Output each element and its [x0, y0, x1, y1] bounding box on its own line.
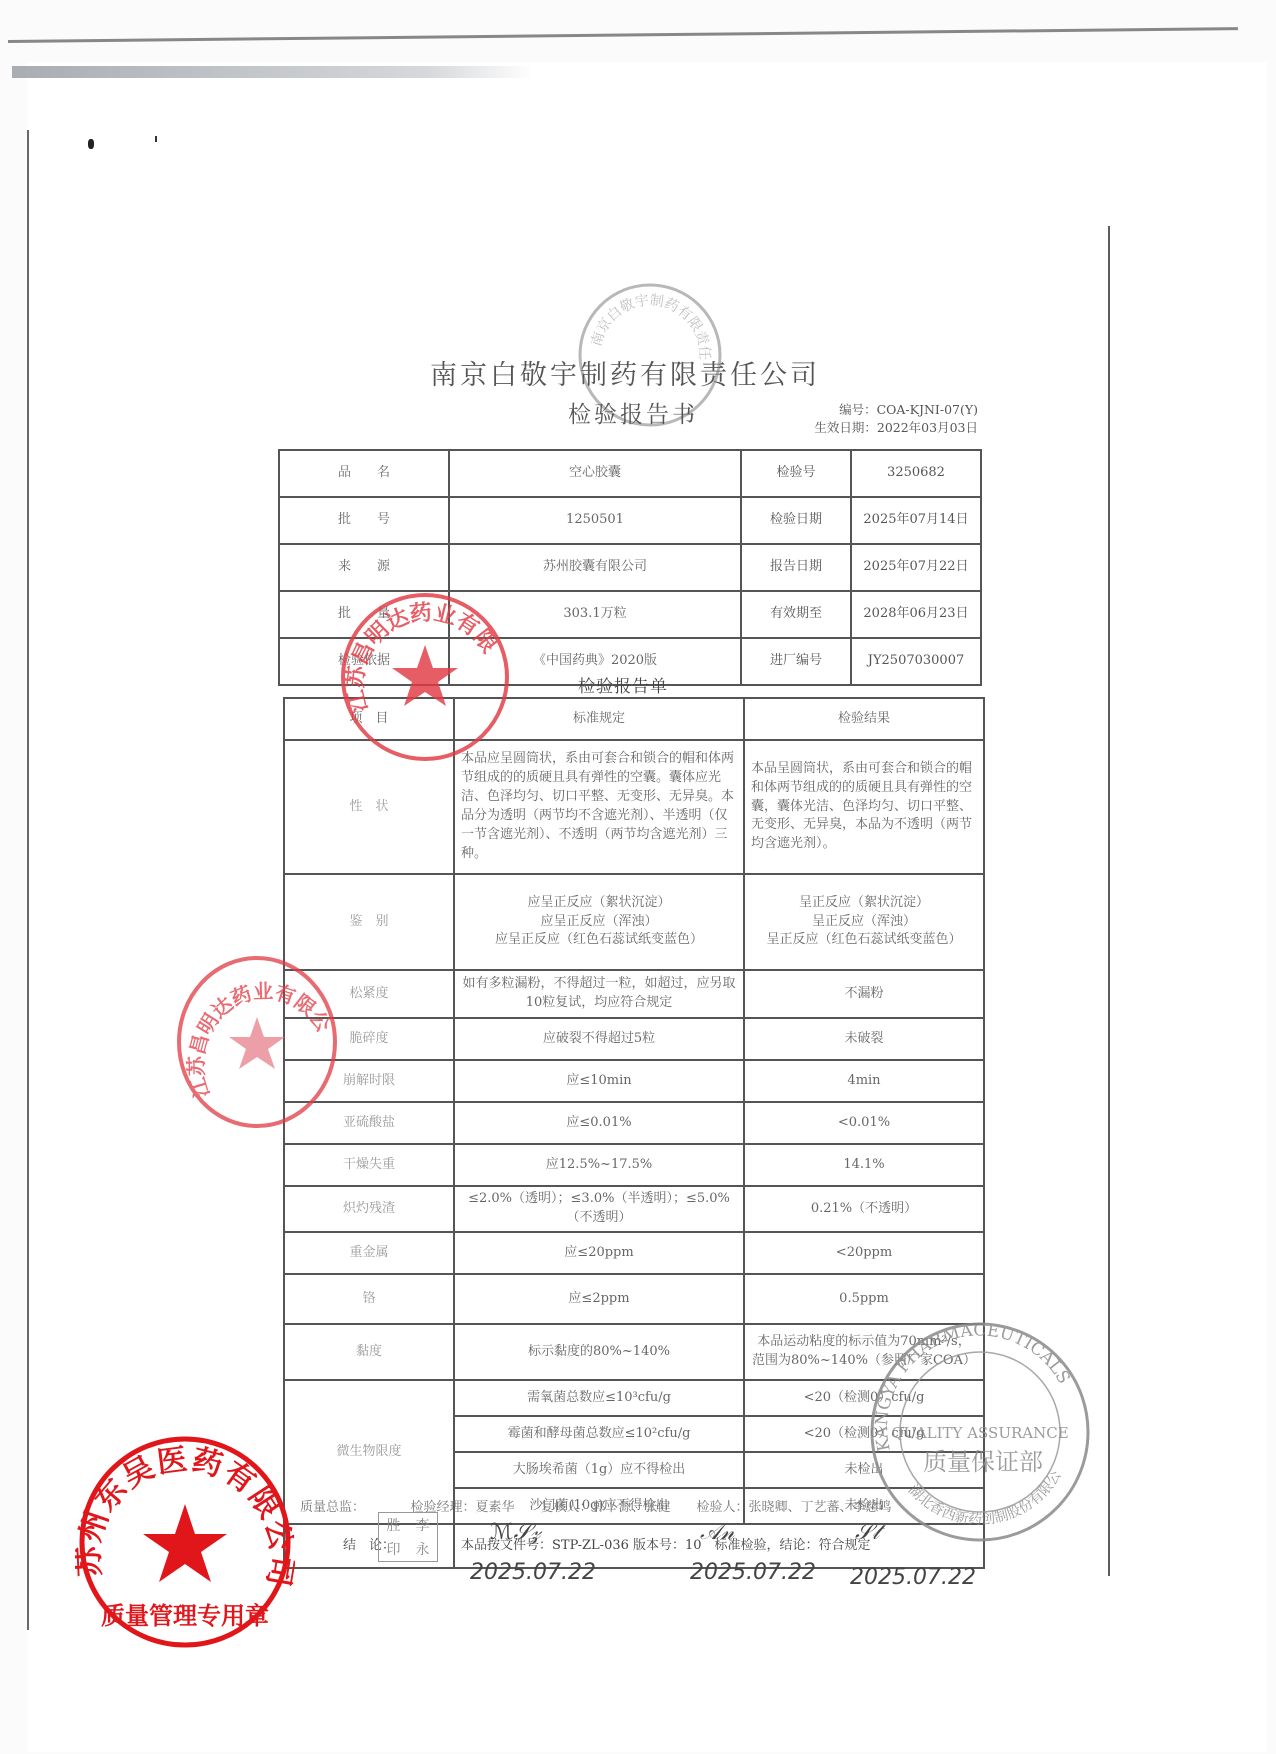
cell-standard: 标示黏度的80%~140% — [454, 1324, 744, 1380]
cell-item: 黏度 — [284, 1324, 454, 1380]
table-row: 脆碎度应破裂不得超过5粒未破裂 — [284, 1018, 984, 1060]
cell-standard: 大肠埃希菌（1g）应不得检出 — [454, 1452, 744, 1488]
table-row: 干燥失重应12.5%~17.5%14.1% — [284, 1144, 984, 1186]
cell-standard: 应破裂不得超过5粒 — [454, 1018, 744, 1060]
stamp-quality-assurance: KANGYA PHARMACEUTICALS CO.,LTD. 湖北香西新药创制… — [868, 1320, 1093, 1545]
cell-standard: 应≤2ppm — [454, 1274, 744, 1324]
table-row: 崩解时限应≤10min4min — [284, 1060, 984, 1102]
info-label2: 进厂编号 — [741, 638, 851, 685]
cell-standard: ≤2.0%（透明）；≤3.0%（半透明）；≤5.0%（不透明） — [454, 1186, 744, 1232]
column-header: 检验结果 — [744, 698, 984, 740]
table-row: 炽灼残渣≤2.0%（透明）；≤3.0%（半透明）；≤5.0%（不透明）0.21%… — [284, 1186, 984, 1232]
cell-result: 0.21%（不透明） — [744, 1186, 984, 1232]
info-label2: 检验日期 — [741, 497, 851, 544]
info-value: 空心胶囊 — [449, 450, 741, 497]
info-value2: JY2507030007 — [851, 638, 981, 685]
cell-result: 呈正反应（絮状沉淀） 呈正反应（浑浊） 呈正反应（红色石蕊试纸变蓝色） — [744, 874, 984, 970]
info-row: 品 名空心胶囊检验号3250682 — [279, 450, 981, 497]
svg-text:质量保证部: 质量保证部 — [923, 1448, 1043, 1476]
cell-result: 未破裂 — [744, 1018, 984, 1060]
info-row: 来 源苏州胶囊有限公司报告日期2025年07月22日 — [279, 544, 981, 591]
cell-result: 不漏粉 — [744, 970, 984, 1018]
cell-result: 0.5ppm — [744, 1274, 984, 1324]
signature: 𝒜𝓃 — [700, 1520, 734, 1545]
stamp-quality-lower: 江苏昌明达药业有限公司 — [175, 955, 340, 1130]
cell-standard: 霉菌和酵母菌总数应≤10²cfu/g — [454, 1416, 744, 1452]
info-label: 来 源 — [279, 544, 449, 591]
table-row: 铬应≤2ppm0.5ppm — [284, 1274, 984, 1324]
scan-speck — [155, 136, 157, 142]
cell-standard: 应12.5%~17.5% — [454, 1144, 744, 1186]
info-value: 苏州胶囊有限公司 — [449, 544, 741, 591]
info-value2: 3250682 — [851, 450, 981, 497]
info-value2: 2025年07月22日 — [851, 544, 981, 591]
cell-item: 铬 — [284, 1274, 454, 1324]
section-title: 检验报告单 — [578, 672, 668, 697]
cell-item: 重金属 — [284, 1232, 454, 1274]
cell-standard: 应≤0.01% — [454, 1102, 744, 1144]
info-label: 品 名 — [279, 450, 449, 497]
table-row: 松紧度如有多粒漏粉，不得超过一粒，如超过，应另取10粒复试，均应符合规定不漏粉 — [284, 970, 984, 1018]
seal-char: 永 — [409, 1539, 435, 1559]
info-label2: 有效期至 — [741, 591, 851, 638]
cell-standard: 应≤10min — [454, 1060, 744, 1102]
svg-text:南京白敬宇制药有限责任公司: 南京白敬宇制药有限责任公司 — [575, 280, 712, 360]
stamp-quality-upper: 江苏昌明达药业有限公司 — [338, 590, 513, 765]
seal-char: 胜 — [380, 1515, 406, 1535]
effective-date: 生效日期：2022年03月03日 — [814, 418, 978, 436]
scan-shadow — [12, 66, 532, 78]
info-value2: 2025年07月14日 — [851, 497, 981, 544]
company-name: 南京白敬宇制药有限责任公司 — [430, 353, 820, 392]
seal-box: 胜李印永 — [378, 1512, 438, 1562]
cell-result: 4min — [744, 1060, 984, 1102]
signature-date: 2025.07.22 — [850, 1565, 976, 1590]
table-row: 重金属应≤20ppm<20ppm — [284, 1232, 984, 1274]
document-title: 检验报告书 — [568, 396, 698, 429]
scan-left-edge — [27, 130, 29, 1630]
table-row: 亚硫酸盐应≤0.01%<0.01% — [284, 1102, 984, 1144]
info-value2: 2028年06月23日 — [851, 591, 981, 638]
cell-item: 干燥失重 — [284, 1144, 454, 1186]
cell-result: 本品呈圆筒状，系由可套合和锁合的帽和体两节组成的的质硬且具有弹性的空囊，囊体光洁… — [744, 740, 984, 874]
info-label2: 检验号 — [741, 450, 851, 497]
seal-char: 印 — [380, 1539, 406, 1559]
cell-item: 炽灼残渣 — [284, 1186, 454, 1232]
cell-standard: 如有多粒漏粉，不得超过一粒，如超过，应另取10粒复试，均应符合规定 — [454, 970, 744, 1018]
info-label2: 报告日期 — [741, 544, 851, 591]
scan-speck — [88, 139, 94, 149]
info-label: 批 号 — [279, 497, 449, 544]
cell-standard: 需氧菌总数应≤10³cfu/g — [454, 1380, 744, 1416]
doc-number: 编号：COA-KJNI-07(Y) — [839, 400, 978, 418]
stamp-dongwu-quality: 苏州东吴医药有限公司 质量管理专用章 — [75, 1432, 295, 1652]
scan-edge — [8, 27, 1238, 43]
svg-text:江苏昌明达药业有限公司: 江苏昌明达药业有限公司 — [338, 590, 502, 715]
signature: ℳ𝒮𝓏 — [490, 1520, 541, 1545]
cell-standard: 应呈正反应（絮状沉淀） 应呈正反应（浑浊） 应呈正反应（红色石蕊试纸变蓝色） — [454, 874, 744, 970]
signature-date: 2025.07.22 — [690, 1560, 816, 1585]
cell-result: 14.1% — [744, 1144, 984, 1186]
scan-right-edge — [1108, 226, 1110, 1576]
info-row: 批 号1250501检验日期2025年07月14日 — [279, 497, 981, 544]
info-value: 1250501 — [449, 497, 741, 544]
cell-result: <20ppm — [744, 1232, 984, 1274]
signature-date: 2025.07.22 — [470, 1560, 596, 1585]
cell-standard: 应≤20ppm — [454, 1232, 744, 1274]
table-row: 鉴 别应呈正反应（絮状沉淀） 应呈正反应（浑浊） 应呈正反应（红色石蕊试纸变蓝色… — [284, 874, 984, 970]
seal-char: 李 — [409, 1515, 435, 1535]
svg-text:质量管理专用章: 质量管理专用章 — [101, 1601, 269, 1630]
cell-result: <0.01% — [744, 1102, 984, 1144]
svg-text:QUALITY ASSURANCE: QUALITY ASSURANCE — [891, 1424, 1068, 1442]
